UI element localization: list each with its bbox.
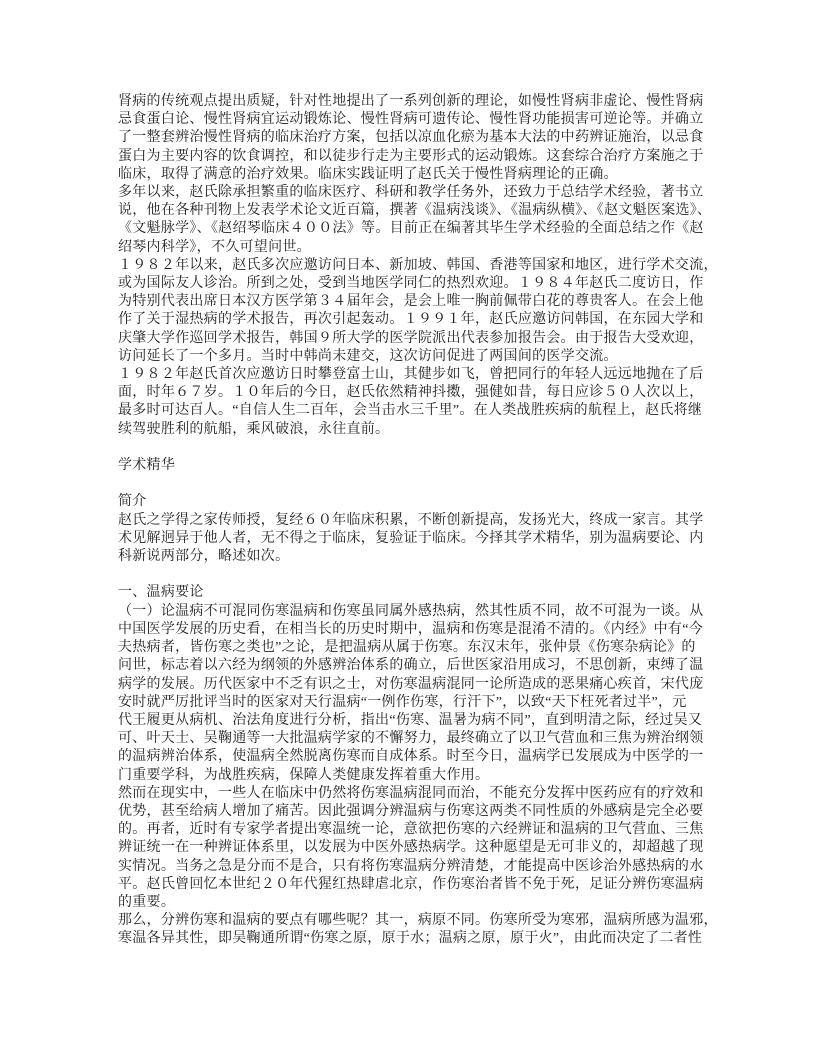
text-line: 蛋白为主要内容的饮食调控，和以徒步行走为主要形式的运动锻炼。这套综合治疗方案施之… — [118, 148, 714, 166]
text-line: 临床，取得了满意的治疗效果。临床实践证明了赵氏关于慢性肾病理论的正确。 — [118, 166, 714, 184]
text-line: 忌食蛋白论、慢性肾病宜运动锻炼论、慢性肾病可遗传论、慢性肾功能损害可逆论等。并确… — [118, 111, 714, 129]
text-line: 面，时年６７岁。１０年后的今日，赵氏依然精神抖擞，强健如昔，每日应诊５０人次以上… — [118, 384, 714, 402]
text-line: 作了关于湿热病的学术报告，再次引起轰动。１９９１年，赵氏应邀访问韩国，在东园大学… — [118, 311, 714, 329]
text-line: 科新说两部分，略述如次。 — [118, 548, 714, 566]
text-line: 安时就严厉批评当时的医家对天行温病“一例作伤寒，行汗下”，以致“天下枉死者过半”… — [118, 694, 714, 712]
text-line: 简介 — [118, 493, 714, 511]
document-page: 肾病的传统观点提出质疑，针对性地提出了一系列创新的理论，如慢性肾病非虚论、慢性肾… — [0, 0, 816, 1056]
text-line: 门重要学科，为战胜疾病，保障人类健康发挥着重大作用。 — [118, 767, 714, 785]
text-line: 多年以来，赵氏除承担繁重的临床医疗、科研和教学任务外，还致力于总结学术经验，著书… — [118, 184, 714, 202]
text-line: 为特别代表出席日本汉方医学第３４届年会，是会上唯一胸前佩带白花的尊贵客人。在会上… — [118, 293, 714, 311]
text-line: 寒温各异其性，即吴鞠通所谓“伤寒之原，原于水；温病之原，原于火”，由此而决定了二… — [118, 930, 714, 948]
text-line: １９８２年赵氏首次应邀访日时攀登富士山，其健步如飞，曾把同行的年轻人远远地抛在了… — [118, 366, 714, 384]
text-line: 说，他在各种刊物上发表学术论文近百篇，撰著《温病浅谈》、《温病纵横》、《赵文魁医… — [118, 202, 714, 220]
text-line: 代王履更从病机、治法角度进行分析，指出“伤寒、温暑为病不同”，直到明清之际，经过… — [118, 712, 714, 730]
blank-line — [118, 439, 714, 457]
text-line: 肾病的传统观点提出质疑，针对性地提出了一系列创新的理论，如慢性肾病非虚论、慢性肾… — [118, 93, 714, 111]
text-line: 的重要。 — [118, 894, 714, 912]
text-line: 赵氏之学得之家传师授，复经６０年临床积累，不断创新提高，发扬光大，终成一家言。其… — [118, 512, 714, 530]
text-line: 病学的发展。历代医家中不乏有识之士，对伤寒温病混同一论所造成的恶果痛心疾首，宋代… — [118, 676, 714, 694]
text-line: 了一整套辨治慢性肾病的临床治疗方案，包括以凉血化瘀为基本大法的中药辨证施治，以忌… — [118, 129, 714, 147]
text-line: 中国医学发展的历史看，在相当长的历史时期中，温病和伤寒是混淆不清的。《内经》中有… — [118, 621, 714, 639]
text-line: 一、温病要论 — [118, 584, 714, 602]
text-line: 访问延长了一个多月。当时中韩尚未建交，这次访问促进了两国间的医学交流。 — [118, 348, 714, 366]
text-line: 平。赵氏曾回忆本世纪２０年代猩红热肆虐北京，作伤寒治者皆不免于死，足证分辨伤寒温… — [118, 876, 714, 894]
text-line: 可、叶天士、吴鞠通等一大批温病学家的不懈努力，最终确立了以卫气营血和三焦为辨治纲… — [118, 730, 714, 748]
text-line: 那么，分辨伤寒和温病的要点有哪些呢？其一，病原不同。伤寒所受为寒邪，温病所感为温… — [118, 912, 714, 930]
text-line: （一）论温病不可混同伤寒温病和伤寒虽同属外感热病，然其性质不同，故不可混为一谈。… — [118, 603, 714, 621]
text-line: 或为国际友人诊治。所到之处，受到当地医学同仁的热烈欢迎。１９８４年赵氏二度访日，… — [118, 275, 714, 293]
text-line: 优势，甚至给病人增加了痛苦。因此强调分辨温病与伤寒这两类不同性质的外感病是完全必… — [118, 803, 714, 821]
text-line: 然而在现实中，一些人在临床中仍然将伤寒温病混同而治，不能充分发挥中医药应有的疗效… — [118, 785, 714, 803]
text-line: 辨证统一在一种辨证体系里，以发展为中医外感热病学。这种愿望是无可非义的，却超越了… — [118, 839, 714, 857]
text-line: 最多时可达百人。“自信人生二百年，会当击水三千里”。在人类战胜疾病的航程上，赵氏… — [118, 402, 714, 420]
blank-line — [118, 475, 714, 493]
text-line: 续驾驶胜利的航船，乘风破浪，永往直前。 — [118, 421, 714, 439]
text-line: 问世，标志着以六经为纲领的外感辨治体系的确立，后世医家沿用成习，不思创新，束缚了… — [118, 657, 714, 675]
text-line: 术见解迥异于他人者，无不得之于临床，复验证于临床。今择其学术精华，别为温病要论、… — [118, 530, 714, 548]
text-line: 夫热病者，皆伤寒之类也”之论，是把温病从属于伤寒。东汉末年，张仲景《伤寒杂病论》… — [118, 639, 714, 657]
text-line: 的温病辨治体系，使温病全然脱离伤寒而自成体系。时至今日，温病学已发展成为中医学的… — [118, 748, 714, 766]
text-lines: 肾病的传统观点提出质疑，针对性地提出了一系列创新的理论，如慢性肾病非虚论、慢性肾… — [118, 93, 714, 949]
text-line: １９８２年以来，赵氏多次应邀访问日本、新加坡、韩国、香港等国家和地区，进行学术交… — [118, 257, 714, 275]
text-line: 学术精华 — [118, 457, 714, 475]
text-line: 实情况。当务之急是分而不是合，只有将伤寒温病分辨清楚，才能提高中医诊治外感热病的… — [118, 858, 714, 876]
text-line: 绍琴内科学》，不久可望问世。 — [118, 239, 714, 257]
blank-line — [118, 566, 714, 584]
text-line: 《文魁脉学》、《赵绍琴临床４００法》等。目前正在编著其毕生学术经验的全面总结之作… — [118, 220, 714, 238]
text-line: 庆肇大学作巡回学术报告，韩国９所大学的医学院派出代表参加报告会。由于报告大受欢迎… — [118, 330, 714, 348]
text-line: 的。再者，近时有专家学者提出寒温统一论，意欲把伤寒的六经辨证和温病的卫气营血、三… — [118, 821, 714, 839]
